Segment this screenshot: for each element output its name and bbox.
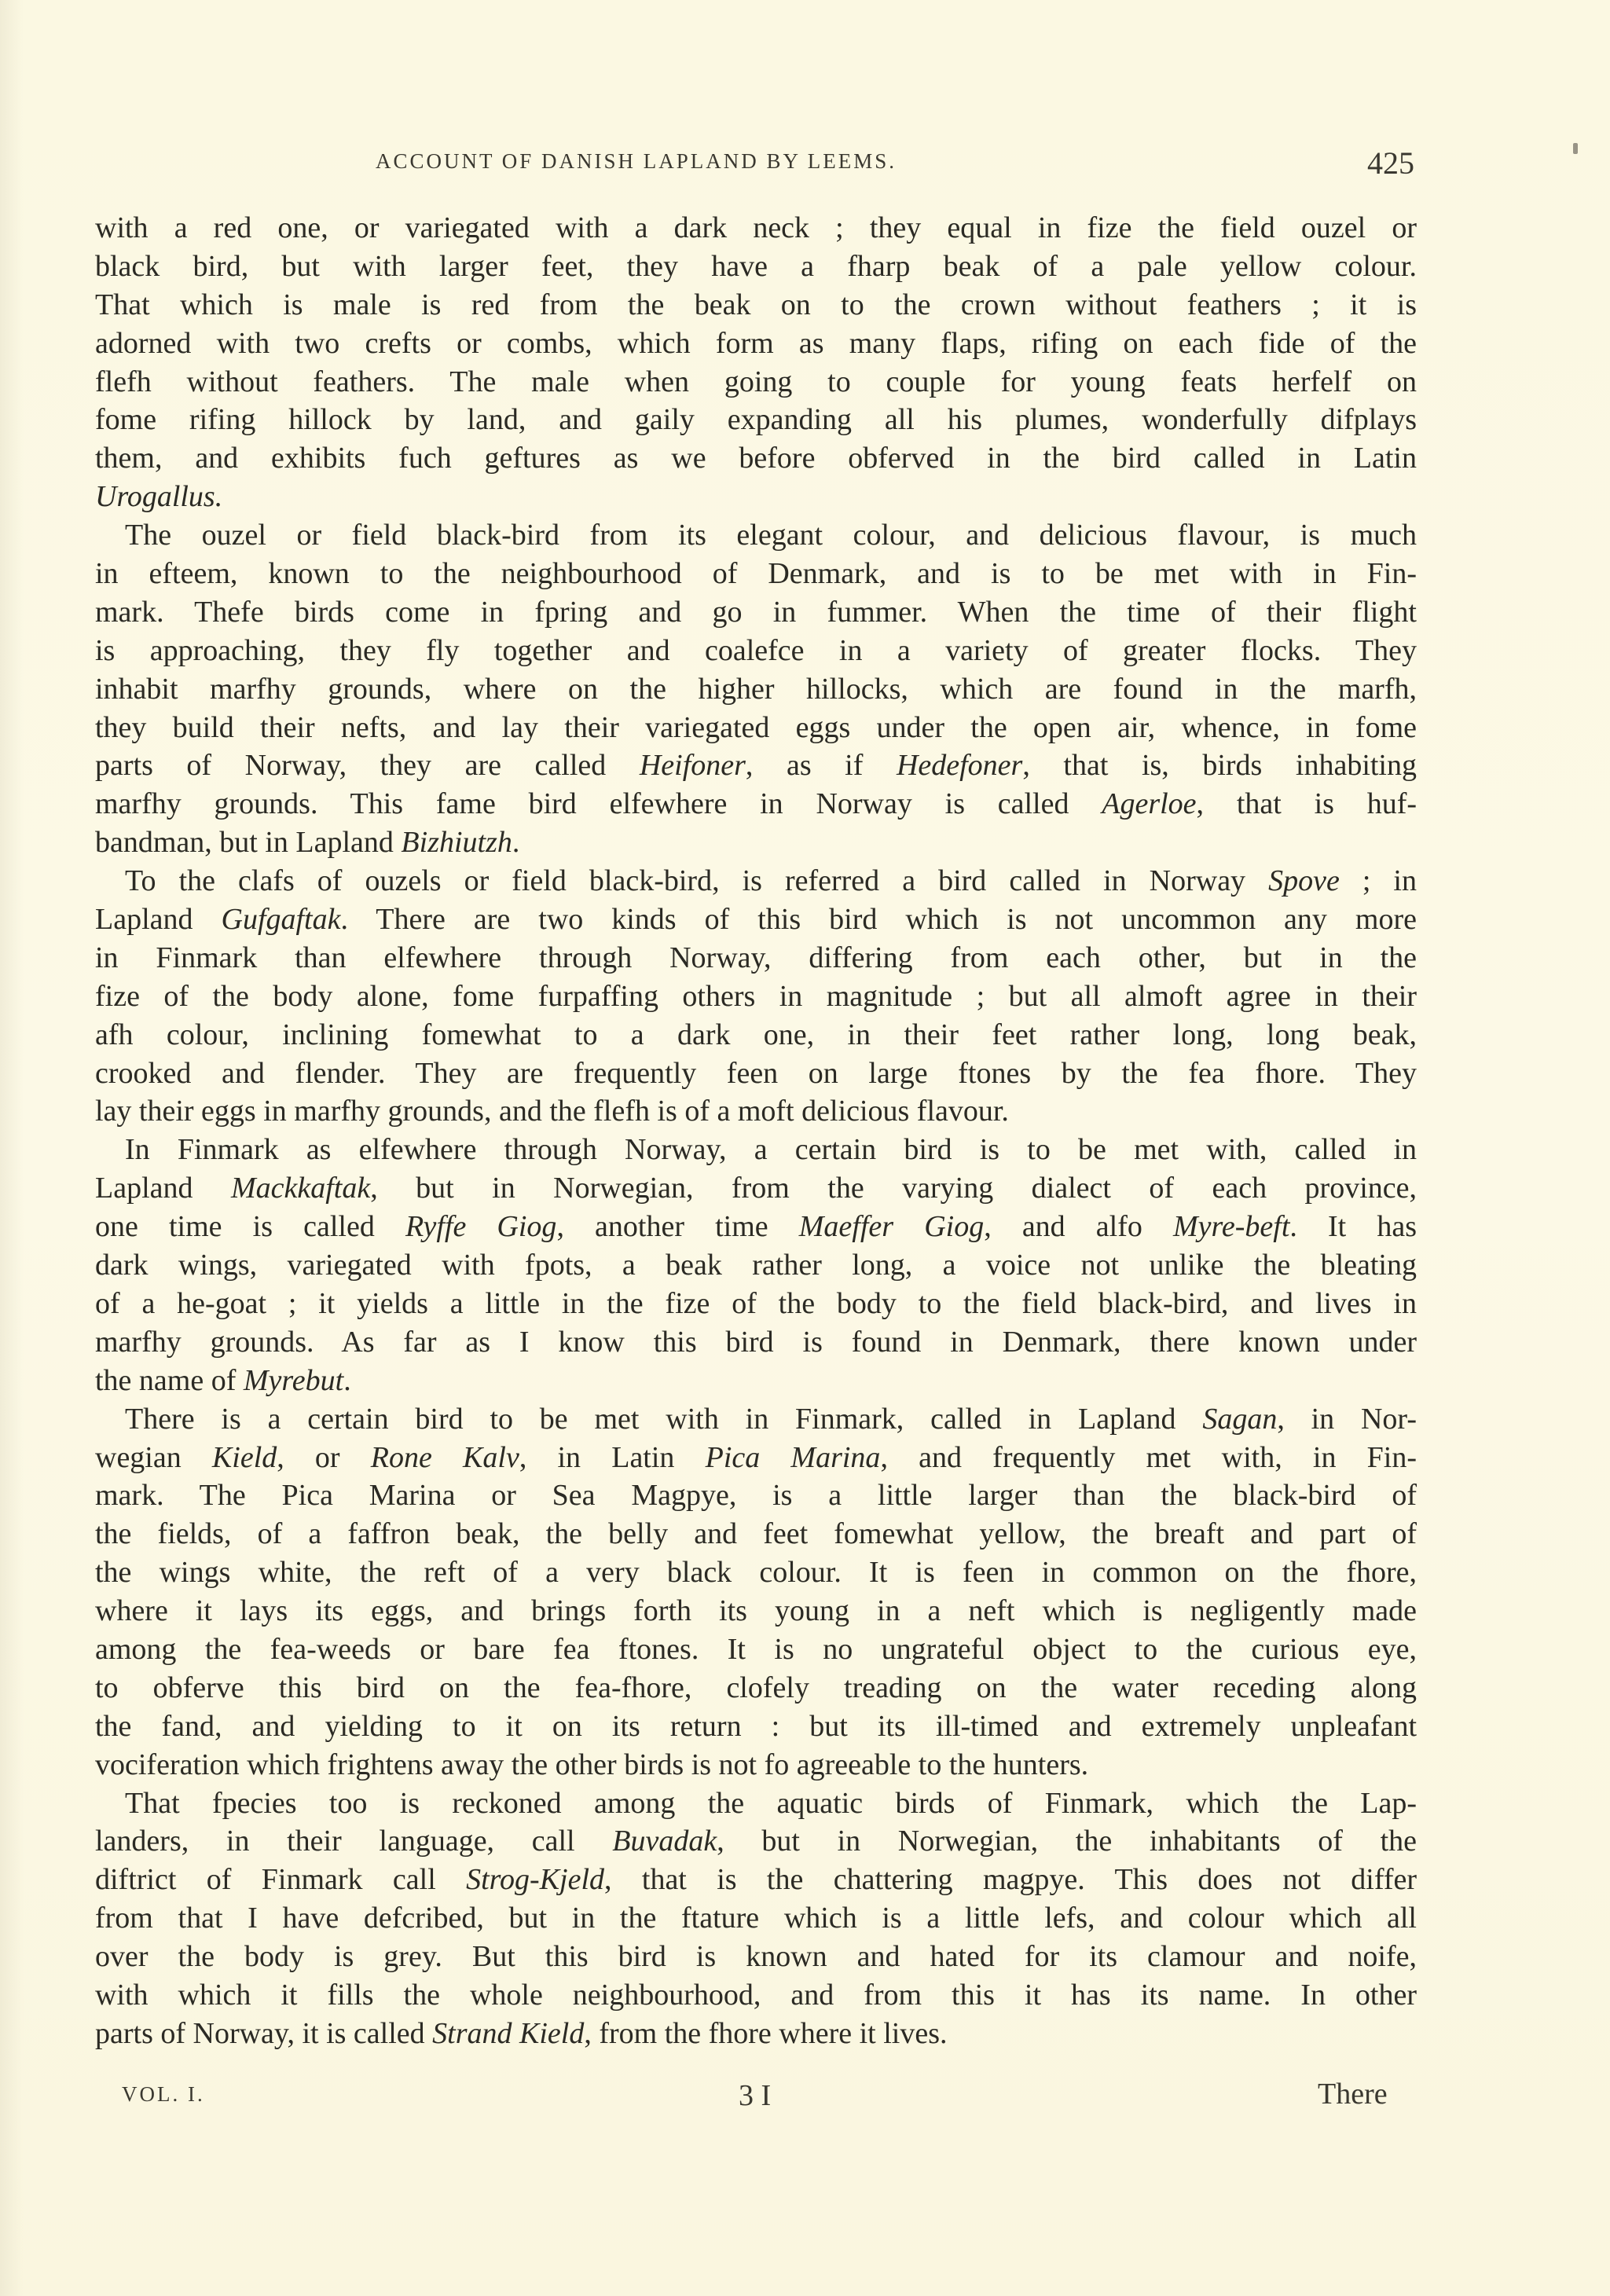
text-line: lay their eggs in marfhy grounds, and th… [95, 1092, 1417, 1131]
catchword: There [1318, 2074, 1388, 2114]
book-page: ACCOUNT OF DANISH LAPLAND BY LEEMS. 425 … [0, 0, 1610, 2296]
text-run: in efteem, known to the neighbourhood of… [95, 557, 1417, 590]
italic-term: Agerloe [1102, 787, 1196, 820]
text-run: , that is the chattering magpye. This do… [604, 1863, 1417, 1896]
text-line: flefh without feathers. The male when go… [95, 363, 1417, 402]
text-run: of a he-goat ; it yields a little in the… [95, 1287, 1417, 1320]
italic-term: Mackkaftak [231, 1172, 370, 1205]
text-run: , but in Norwegian, from the varying dia… [370, 1172, 1417, 1205]
text-line: is approaching, they fly together and co… [95, 632, 1417, 670]
text-run: Lapland [95, 1172, 231, 1205]
text-run: with which it fills the whole neighbourh… [95, 1979, 1417, 2012]
text-run: crooked and flender. They are frequently… [95, 1057, 1417, 1090]
text-line: parts of Norway, they are called Heifone… [95, 746, 1417, 785]
text-line: That fpecies too is reckoned among the a… [95, 1784, 1417, 1823]
text-run: over the body is grey. But this bird is … [95, 1940, 1417, 1973]
text-run: , in Latin [519, 1441, 706, 1474]
text-run: , as if [746, 749, 897, 782]
text-line: black bird, but with larger feet, they h… [95, 248, 1417, 286]
text-line: from that I have defcribed, but in the f… [95, 1899, 1417, 1938]
italic-term: Hedefoner [897, 749, 1022, 782]
text-run: That fpecies too is reckoned among the a… [125, 1787, 1417, 1820]
text-line: crooked and flender. They are frequently… [95, 1054, 1417, 1093]
italic-term: Kield [212, 1441, 277, 1474]
text-line: In Finmark as elfewhere through Norway, … [95, 1131, 1417, 1169]
text-line: Lapland Gufgaftak. There are two kinds o… [95, 900, 1417, 939]
page-footer: VOL. I. 3 I There [0, 2074, 1610, 2114]
text-run: , another time [556, 1210, 798, 1243]
text-run: , and frequently met with, in Fin- [880, 1441, 1417, 1474]
text-run: . There are two kinds of this bird which… [340, 903, 1417, 936]
text-run: fize of the body alone, fome furpaffing … [95, 980, 1417, 1013]
text-line: with which it fills the whole neighbourh… [95, 1976, 1417, 2015]
text-line: among the fea-weeds or bare fea ftones. … [95, 1630, 1417, 1669]
text-run: them, and exhibits fuch geftures as we b… [95, 442, 1417, 475]
italic-term: Sagan [1202, 1403, 1277, 1436]
italic-term: Gufgaftak [222, 903, 341, 936]
italic-term: Strand Kield [432, 2017, 584, 2050]
text-line: they build their nefts, and lay their va… [95, 709, 1417, 747]
text-line: to obferve this bird on the fea-fhore, c… [95, 1669, 1417, 1707]
text-line: mark. Thefe birds come in fpring and go … [95, 593, 1417, 632]
text-run: lay their eggs in marfhy grounds, and th… [95, 1095, 1009, 1128]
text-run: one time is called [95, 1210, 405, 1243]
body-text: with a red one, or variegated with a dar… [95, 209, 1417, 2053]
text-run: to obferve this bird on the fea-fhore, c… [95, 1671, 1417, 1704]
text-run: . [512, 826, 520, 859]
text-line: dark wings, variegated with fpots, a bea… [95, 1246, 1417, 1285]
italic-term: Maeffer Giog [799, 1210, 984, 1243]
text-run: where it lays its eggs, and brings forth… [95, 1594, 1417, 1627]
text-line: mark. The Pica Marina or Sea Magpye, is … [95, 1476, 1417, 1515]
text-run: black bird, but with larger feet, they h… [95, 250, 1417, 283]
text-run: bandman, but in Lapland [95, 826, 401, 859]
text-line: landers, in their language, call Buvadak… [95, 1822, 1417, 1861]
text-line: the fields, of a faffron beak, the belly… [95, 1515, 1417, 1553]
italic-term: Myre-beft [1173, 1210, 1289, 1243]
text-line: in efteem, known to the neighbourhood of… [95, 555, 1417, 593]
text-line: fize of the body alone, fome furpaffing … [95, 977, 1417, 1016]
text-line: vociferation which frightens away the ot… [95, 1746, 1417, 1784]
text-run: they build their nefts, and lay their va… [95, 711, 1417, 744]
text-line: That which is male is red from the beak … [95, 286, 1417, 325]
italic-term: Buvadak [612, 1825, 717, 1858]
text-line: with a red one, or variegated with a dar… [95, 209, 1417, 248]
text-line: adorned with two crefts or combs, which … [95, 325, 1417, 363]
text-run: . [343, 1364, 351, 1397]
italic-term: Bizhiutzh [401, 826, 512, 859]
page-number: 425 [1367, 145, 1414, 182]
text-line: in Finmark than elfewhere through Norway… [95, 939, 1417, 977]
text-line: The ouzel or field black-bird from its e… [95, 516, 1417, 555]
text-run: , in Nor- [1277, 1403, 1417, 1436]
text-run: , from the fhore where it lives. [584, 2017, 947, 2050]
italic-term: Ryffe Giog [405, 1210, 557, 1243]
text-run: with a red one, or variegated with a dar… [95, 211, 1417, 244]
gathering-signature: 3 I [739, 2076, 771, 2115]
text-run: diftrict of Finmark call [95, 1863, 466, 1896]
text-run: inhabit marfhy grounds, where on the hig… [95, 673, 1417, 706]
running-head: ACCOUNT OF DANISH LAPLAND BY LEEMS. [376, 149, 897, 174]
text-run: , but in Norwegian, the inhabitants of t… [717, 1825, 1417, 1858]
text-run: . It has [1289, 1210, 1417, 1243]
text-run: flefh without feathers. The male when go… [95, 365, 1417, 398]
text-run: the fand, and yielding to it on its retu… [95, 1710, 1417, 1743]
text-line: parts of Norway, it is called Strand Kie… [95, 2015, 1417, 2053]
text-run: the wings white, the reft of a very blac… [95, 1556, 1417, 1589]
italic-term: Pica Marina [706, 1441, 881, 1474]
text-run: mark. The Pica Marina or Sea Magpye, is … [95, 1479, 1417, 1512]
italic-term: Heifoner [640, 749, 746, 782]
volume-signature: VOL. I. [122, 2074, 205, 2114]
text-run: is approaching, they fly together and co… [95, 634, 1417, 667]
text-run: , that is, birds inhabiting [1022, 749, 1417, 782]
italic-term: Myrebut [244, 1364, 343, 1397]
text-line: of a he-goat ; it yields a little in the… [95, 1285, 1417, 1323]
text-run: , that is huf- [1197, 787, 1417, 820]
text-run: dark wings, variegated with fpots, a bea… [95, 1249, 1417, 1282]
text-line: one time is called Ryffe Giog, another t… [95, 1208, 1417, 1246]
text-run: vociferation which frightens away the ot… [95, 1748, 1088, 1781]
text-run: That which is male is red from the beak … [95, 288, 1417, 321]
text-run: wegian [95, 1441, 212, 1474]
text-line: To the clafs of ouzels or field black-bi… [95, 862, 1417, 900]
text-run: marfhy grounds. This fame bird elfewhere… [95, 787, 1102, 820]
text-line: them, and exhibits fuch geftures as we b… [95, 439, 1417, 478]
text-run: the name of [95, 1364, 244, 1397]
text-run: mark. Thefe birds come in fpring and go … [95, 596, 1417, 629]
text-line: the fand, and yielding to it on its retu… [95, 1707, 1417, 1746]
italic-term: Rone Kalv [371, 1441, 519, 1474]
italic-term: Urogallus. [95, 480, 222, 513]
text-run: Lapland [95, 903, 222, 936]
text-line: Lapland Mackkaftak, but in Norwegian, fr… [95, 1169, 1417, 1208]
text-run: In Finmark as elfewhere through Norway, … [125, 1133, 1417, 1166]
text-line: afh colour, inclining fomewhat to a dark… [95, 1016, 1417, 1054]
ink-speck-mark [1573, 143, 1578, 154]
text-run: The ouzel or field black-bird from its e… [125, 519, 1417, 552]
text-run: landers, in their language, call [95, 1825, 612, 1858]
text-line: diftrict of Finmark call Strog-Kjeld, th… [95, 1861, 1417, 1899]
text-run: among the fea-weeds or bare fea ftones. … [95, 1633, 1417, 1666]
text-line: marfhy grounds. As far as I know this bi… [95, 1323, 1417, 1362]
text-run: To the clafs of ouzels or field black-bi… [125, 864, 1268, 897]
text-run: parts of Norway, they are called [95, 749, 640, 782]
text-line: bandman, but in Lapland Bizhiutzh. [95, 823, 1417, 862]
text-line: wegian Kield, or Rone Kalv, in Latin Pic… [95, 1439, 1417, 1477]
text-line: fome rifing hillock by land, and gaily e… [95, 401, 1417, 439]
text-run: from that I have defcribed, but in the f… [95, 1902, 1417, 1935]
text-line: Urogallus. [95, 478, 1417, 516]
text-line: inhabit marfhy grounds, where on the hig… [95, 670, 1417, 709]
text-run: in Finmark than elfewhere through Norway… [95, 941, 1417, 974]
text-line: the wings white, the reft of a very blac… [95, 1553, 1417, 1592]
text-run: marfhy grounds. As far as I know this bi… [95, 1326, 1417, 1359]
text-run: the fields, of a faffron beak, the belly… [95, 1517, 1417, 1550]
text-run: , and alfo [984, 1210, 1173, 1243]
text-run: There is a certain bird to be met with i… [125, 1403, 1202, 1436]
text-line: where it lays its eggs, and brings forth… [95, 1592, 1417, 1630]
text-run: ; in [1340, 864, 1417, 897]
text-line: over the body is grey. But this bird is … [95, 1938, 1417, 1976]
italic-term: Strog-Kjeld [466, 1863, 604, 1896]
text-run: parts of Norway, it is called [95, 2017, 432, 2050]
text-run: afh colour, inclining fomewhat to a dark… [95, 1018, 1417, 1051]
text-line: the name of Myrebut. [95, 1362, 1417, 1400]
text-line: There is a certain bird to be met with i… [95, 1400, 1417, 1439]
text-run: adorned with two crefts or combs, which … [95, 327, 1417, 360]
text-run: fome rifing hillock by land, and gaily e… [95, 403, 1417, 436]
italic-term: Spove [1268, 864, 1340, 897]
text-run: , or [277, 1441, 371, 1474]
text-line: marfhy grounds. This fame bird elfewhere… [95, 785, 1417, 823]
